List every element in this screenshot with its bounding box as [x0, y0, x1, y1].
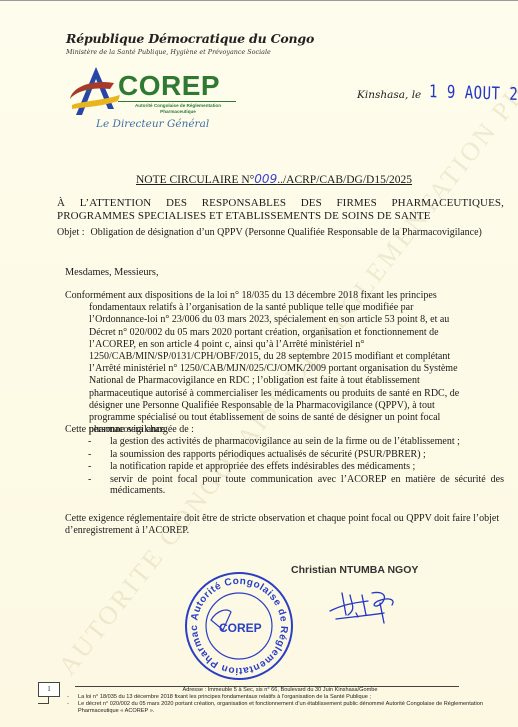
letterhead: République Démocratique du Congo Ministè…: [66, 31, 314, 56]
logo-subtitle: Autorité Congolaise de Réglementation Ph…: [122, 103, 234, 114]
logo-wordmark: COREP: [118, 70, 220, 102]
list-item: la soumission des rapports périodiques a…: [88, 449, 504, 461]
page-number: 1: [38, 682, 60, 697]
signature-icon: [322, 585, 412, 625]
logo-divider: [118, 101, 236, 102]
ministry-name: Ministère de la Santé Publique, Hygiène …: [66, 48, 314, 56]
acorep-logo: ⚕ COREP Autorité Congolaise de Réglement…: [66, 65, 236, 119]
director-title: Le Directeur Général: [96, 118, 209, 130]
date-line: Kinshasa, le 1 9 AOUT 2025: [357, 85, 518, 103]
svg-text:⚕: ⚕: [86, 86, 90, 95]
attention-line: À L’ATTENTION DES RESPONSABLES DES FIRME…: [57, 197, 504, 223]
footnote: -Le décret n° 020/002 du 05 mars 2020 po…: [70, 701, 490, 715]
footer-address: Adresse : Immeuble 5 à Sec, sis n° 66, B…: [70, 687, 490, 694]
subject-text: Obligation de désignation d’un QPPV (Per…: [91, 227, 482, 239]
page-marker: [48, 696, 49, 704]
document-page: AUTORITE CONGOLAISE DE REGLEMENTATION PH…: [0, 0, 518, 727]
svg-text:COREP: COREP: [219, 621, 262, 635]
page-marker: [38, 703, 48, 704]
subject-label: Objet :: [57, 227, 91, 239]
subject-line: Objet : Obligation de désignation d’un Q…: [57, 227, 504, 239]
circular-title: NOTE CIRCULAIRE N°009../ACRP/CAB/DG/D15/…: [0, 172, 518, 186]
closing-paragraph: Cette exigence réglementaire doit être d…: [65, 513, 500, 538]
list-item: servir de point focal pour toute communi…: [88, 474, 504, 497]
country-name: République Démocratique du Congo: [66, 31, 314, 46]
footer: Adresse : Immeuble 5 à Sec, sis n° 66, B…: [70, 687, 490, 715]
footnote: -La loi n° 18/035 du 13 décembre 2018 fi…: [70, 694, 490, 701]
salutation: Mesdames, Messieurs,: [65, 267, 159, 278]
list-item: la notification rapide et appropriée des…: [88, 461, 504, 473]
list-item: la gestion des activités de pharmacovigi…: [88, 436, 504, 448]
body-paragraph: Conformément aux dispositions de la loi …: [65, 290, 467, 436]
duties-list: la gestion des activités de pharmacovigi…: [88, 436, 504, 498]
duties-intro: Cette personne sera chargée de :: [65, 424, 194, 435]
circular-number: 009: [254, 172, 277, 186]
date-prefix: Kinshasa, le: [357, 89, 421, 101]
signer-name: Christian NTUMBA NGOY: [291, 564, 418, 576]
logo-emblem-icon: ⚕: [66, 65, 126, 119]
official-seal-icon: Autorité Congolaise de Réglementation Ph…: [183, 570, 295, 682]
date-stamp: 1 9 AOUT 2025: [429, 82, 518, 106]
